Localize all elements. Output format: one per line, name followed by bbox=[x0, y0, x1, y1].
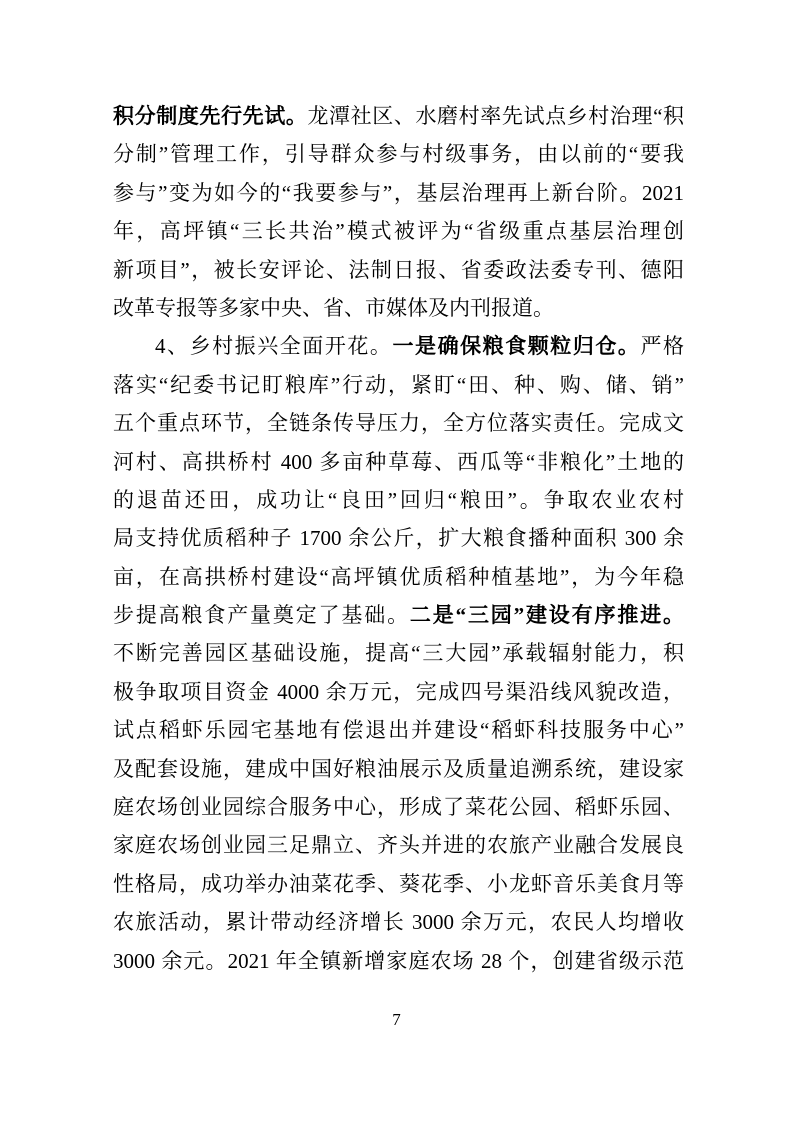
page-number: 7 bbox=[392, 1010, 401, 1029]
text-line: 局支持优质稻种子 1700 余公斤，扩大粮食播种面积 300 余 bbox=[113, 519, 684, 557]
text-run: 河村、高拱桥村 400 多亩种草莓、西瓜等“非粮化”土地的 bbox=[113, 450, 684, 474]
text-run: 分制”管理工作，引导群众参与村级事务，由以前的“要我 bbox=[113, 142, 684, 166]
page-footer: 7 bbox=[0, 1010, 793, 1030]
text-line: 性格局，成功举办油菜花季、葵花季、小龙虾音乐美食月等 bbox=[113, 865, 684, 903]
bold-text-run: 积分制度先行先试。 bbox=[113, 104, 307, 128]
text-line: 步提高粮食产量奠定了基础。二是“三园”建设有序推进。 bbox=[113, 596, 684, 634]
text-run: 的退苗还田，成功让“良田”回归“粮田”。争取农业农村 bbox=[113, 488, 684, 512]
text-line: 亩，在高拱桥村建设“高坪镇优质稻种植基地”，为今年稳 bbox=[113, 558, 684, 596]
text-line: 河村、高拱桥村 400 多亩种草莓、西瓜等“非粮化”土地的 bbox=[113, 443, 684, 481]
text-line: 庭农场创业园综合服务中心，形成了菜花公园、稻虾乐园、 bbox=[113, 788, 684, 826]
text-line: 不断完善园区基础设施，提高“三大园”承载辐射能力，积 bbox=[113, 634, 684, 672]
text-run: 4、乡村振兴全面开花。 bbox=[155, 334, 392, 358]
document-page: 积分制度先行先试。龙潭社区、水磨村率先试点乡村治理“积分制”管理工作，引导群众参… bbox=[0, 0, 793, 1122]
text-run: 局支持优质稻种子 1700 余公斤，扩大粮食播种面积 300 余 bbox=[113, 526, 684, 550]
document-body: 积分制度先行先试。龙潭社区、水磨村率先试点乡村治理“积分制”管理工作，引导群众参… bbox=[113, 97, 684, 980]
text-line: 及配套设施，建成中国好粮油展示及质量追溯系统，建设家 bbox=[113, 750, 684, 788]
text-line: 改革专报等多家中央、省、市媒体及内刊报道。 bbox=[113, 289, 684, 327]
text-run: 亩，在高拱桥村建设“高坪镇优质稻种植基地”，为今年稳 bbox=[113, 565, 684, 589]
text-line: 试点稻虾乐园宅基地有偿退出并建设“稻虾科技服务中心” bbox=[113, 711, 684, 749]
text-run: 落实“纪委书记盯粮库”行动，紧盯“田、种、购、储、销” bbox=[113, 373, 684, 397]
text-run: 农旅活动，累计带动经济增长 3000 余万元，农民人均增收 bbox=[113, 910, 684, 934]
text-run: 五个重点环节，全链条传导压力，全方位落实责任。完成文 bbox=[113, 411, 684, 435]
text-line: 3000 余元。2021 年全镇新增家庭农场 28 个，创建省级示范 bbox=[113, 942, 684, 980]
text-line: 五个重点环节，全链条传导压力，全方位落实责任。完成文 bbox=[113, 404, 684, 442]
text-line: 参与”变为如今的“我要参与”，基层治理再上新台阶。2021 bbox=[113, 174, 684, 212]
text-run: 性格局，成功举办油菜花季、葵花季、小龙虾音乐美食月等 bbox=[113, 872, 684, 896]
text-line: 4、乡村振兴全面开花。一是确保粮食颗粒归仓。严格 bbox=[113, 327, 684, 365]
text-run: 家庭农场创业园三足鼎立、齐头并进的农旅产业融合发展良 bbox=[113, 833, 684, 857]
text-run: 参与”变为如今的“我要参与”，基层治理再上新台阶。2021 bbox=[113, 181, 684, 205]
text-line: 极争取项目资金 4000 余万元，完成四号渠沿线风貌改造， bbox=[113, 673, 684, 711]
text-line: 新项目”，被长安评论、法制日报、省委政法委专刊、德阳 bbox=[113, 251, 684, 289]
text-line: 的退苗还田，成功让“良田”回归“粮田”。争取农业农村 bbox=[113, 481, 684, 519]
text-run: 龙潭社区、水磨村率先试点乡村治理“积 bbox=[307, 104, 684, 128]
text-run: 极争取项目资金 4000 余万元，完成四号渠沿线风貌改造， bbox=[113, 680, 684, 704]
text-run: 及配套设施，建成中国好粮油展示及质量追溯系统，建设家 bbox=[113, 757, 684, 781]
text-run: 不断完善园区基础设施，提高“三大园”承载辐射能力，积 bbox=[113, 641, 684, 665]
text-line: 家庭农场创业园三足鼎立、齐头并进的农旅产业融合发展良 bbox=[113, 826, 684, 864]
text-line: 分制”管理工作，引导群众参与村级事务，由以前的“要我 bbox=[113, 135, 684, 173]
text-run: 步提高粮食产量奠定了基础。 bbox=[113, 603, 410, 627]
text-run: 新项目”，被长安评论、法制日报、省委政法委专刊、德阳 bbox=[113, 258, 684, 282]
bold-text-run: 二是“三园”建设有序推进。 bbox=[410, 603, 684, 627]
text-run: 庭农场创业园综合服务中心，形成了菜花公园、稻虾乐园、 bbox=[113, 795, 684, 819]
text-run: 严格 bbox=[640, 334, 684, 358]
text-run: 试点稻虾乐园宅基地有偿退出并建设“稻虾科技服务中心” bbox=[113, 718, 684, 742]
text-run: 3000 余元。2021 年全镇新增家庭农场 28 个，创建省级示范 bbox=[113, 949, 684, 973]
text-run: 改革专报等多家中央、省、市媒体及内刊报道。 bbox=[113, 296, 554, 320]
text-line: 年，高坪镇“三长共治”模式被评为“省级重点基层治理创 bbox=[113, 212, 684, 250]
text-line: 农旅活动，累计带动经济增长 3000 余万元，农民人均增收 bbox=[113, 903, 684, 941]
text-line: 落实“纪委书记盯粮库”行动，紧盯“田、种、购、储、销” bbox=[113, 366, 684, 404]
text-line: 积分制度先行先试。龙潭社区、水磨村率先试点乡村治理“积 bbox=[113, 97, 684, 135]
text-run: 年，高坪镇“三长共治”模式被评为“省级重点基层治理创 bbox=[113, 219, 684, 243]
bold-text-run: 一是确保粮食颗粒归仓。 bbox=[392, 334, 640, 358]
